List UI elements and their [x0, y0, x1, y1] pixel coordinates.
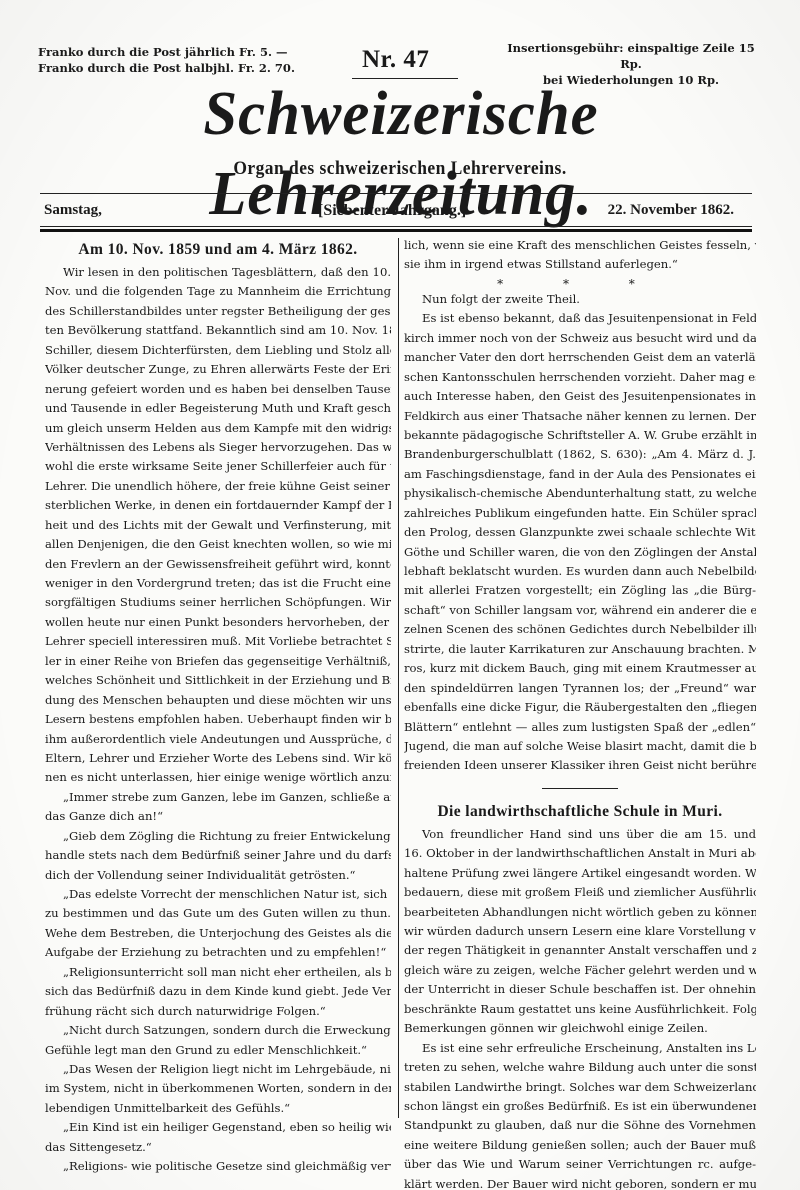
text-line: wir würden dadurch unsern Lesern eine kl… — [404, 922, 756, 941]
text-line: treten zu sehen, welche wahre Bildung au… — [404, 1058, 756, 1077]
article-body-schiller: Wir lesen in den politischen Tagesblätte… — [45, 263, 391, 1177]
text-line: wohl die erste wirksame Seite jener Schi… — [45, 457, 391, 476]
text-line: sie ihm in irgend etwas Stillstand aufer… — [404, 255, 756, 274]
text-line: lebendigen Unmittelbarkeit des Gefühls.“ — [45, 1099, 391, 1118]
text-line: sorgfältigen Studiums seiner herrlichen … — [45, 593, 391, 612]
article-separator-rule — [542, 788, 618, 789]
text-line: ten Bevölkerung stattfand. Bekanntlich s… — [45, 321, 391, 340]
text-line: am Faschingsdienstage, fand in der Aula … — [404, 465, 756, 484]
text-line: sich das Bedürfniß dazu in dem Kinde kun… — [45, 982, 391, 1001]
left-column: Am 10. Nov. 1859 und am 4. März 1862. Wi… — [45, 236, 391, 1177]
dateline-rule-thin — [40, 226, 752, 227]
text-line: auch Interesse haben, den Geist des Jesu… — [404, 387, 756, 406]
text-line: zahlreiches Publikum eingefunden hatte. … — [404, 504, 756, 523]
dateline-date: 22. November 1862. — [608, 202, 734, 219]
text-line: Gefühle legt man den Grund zu edler Mens… — [45, 1041, 391, 1060]
text-line: „Ein Kind ist ein heiliger Gegenstand, e… — [45, 1118, 391, 1137]
text-line: mancher Vater den dort herrschenden Geis… — [404, 348, 756, 367]
text-line: „Das Wesen der Religion liegt nicht im L… — [45, 1060, 391, 1079]
text-line: allen Denjenigen, die den Geist knechten… — [45, 535, 391, 554]
text-line: Blättern“ entlehnt — alles zum lustigste… — [404, 718, 756, 737]
text-line: bearbeiteten Abhandlungen nicht wörtlich… — [404, 903, 756, 922]
right-column: lich, wenn sie eine Kraft des menschlich… — [404, 236, 756, 1190]
text-line: das Ganze dich an!“ — [45, 807, 391, 826]
text-line: „Gieb dem Zögling die Richtung zu freier… — [45, 827, 391, 846]
text-line: „Nicht durch Satzungen, sondern durch di… — [45, 1021, 391, 1040]
text-line: 16. Oktober in der landwirthschaftlichen… — [404, 844, 756, 863]
text-line: freienden Ideen unserer Klassiker ihren … — [404, 756, 756, 775]
text-line: im System, nicht in überkommenen Worten,… — [45, 1079, 391, 1098]
text-line: Bemerkungen gönnen wir gleichwohl einige… — [404, 1019, 756, 1038]
text-line: zu bestimmen und das Gute um des Guten w… — [45, 904, 391, 923]
text-line: sterblichen Werke, in denen ein fortdaue… — [45, 496, 391, 515]
text-line: Wir lesen in den politischen Tagesblätte… — [45, 263, 391, 282]
text-line: heit und des Lichts mit der Gewalt und V… — [45, 516, 391, 535]
dateline-rule-thick — [40, 229, 752, 232]
text-line: Verhältnissen des Lebens als Sieger herv… — [45, 438, 391, 457]
text-line: „Das edelste Vorrecht der menschlichen N… — [45, 885, 391, 904]
text-line: klärt werden. Der Bauer wird nicht gebor… — [404, 1175, 756, 1190]
column-divider — [398, 238, 399, 1118]
text-line: Es ist eine sehr erfreuliche Erscheinung… — [404, 1039, 756, 1058]
text-line: und Tausende in edler Begeisterung Muth … — [45, 399, 391, 418]
text-line: den Prolog, dessen Glanzpunkte zwei scha… — [404, 523, 756, 542]
text-line: Jugend, die man auf solche Weise blasirt… — [404, 737, 756, 756]
text-line: dung des Menschen behaupten und diese mö… — [45, 691, 391, 710]
text-line: über das Wie und Warum seiner Verrichtun… — [404, 1155, 756, 1174]
article-heading-muri: Die landwirthschaftliche Schule in Muri. — [404, 798, 756, 825]
article-body-muri: Von freundlicher Hand sind uns über die … — [404, 825, 756, 1190]
text-line: Schiller, diesem Dichterfürsten, dem Lie… — [45, 341, 391, 360]
text-line: Eltern, Lehrer und Erzieher Worte des Le… — [45, 749, 391, 768]
text-line: den spindeldürren langen Tyrannen los; d… — [404, 679, 756, 698]
subscription-price-info: Franko durch die Post jährlich Fr. 5. — … — [38, 44, 295, 76]
text-line: Brandenburgerschulblatt (1862, S. 630): … — [404, 445, 756, 464]
text-line: Lehrer speciell interessiren muß. Mit Vo… — [45, 632, 391, 651]
text-line: der Unterricht in dieser Schule beschaff… — [404, 980, 756, 999]
text-line: ebenfalls eine dicke Figur, die Räuberge… — [404, 698, 756, 717]
text-line: Wehe dem Bestreben, die Unterjochung des… — [45, 924, 391, 943]
dateline-volume: [Siebenter Jahrgang.] — [318, 202, 466, 220]
text-line: Nov. und die folgenden Tage zu Mannheim … — [45, 282, 391, 301]
article-body-schiller-continued: lich, wenn sie eine Kraft des menschlich… — [404, 236, 756, 275]
text-line: weniger in den Vordergrund treten; das i… — [45, 574, 391, 593]
text-line: des Schillerstandbildes unter regster Be… — [45, 302, 391, 321]
text-line: haltene Prüfung zwei längere Artikel ein… — [404, 864, 756, 883]
text-line: lebhaft beklatscht wurden. Es wurden dan… — [404, 562, 756, 581]
text-line: zelnen Scenen des schönen Gedichtes durc… — [404, 620, 756, 639]
text-line: nen es nicht unterlassen, hier einige we… — [45, 768, 391, 787]
subscription-line-yearly: Franko durch die Post jährlich Fr. 5. — — [38, 44, 295, 60]
text-line: um gleich unserm Helden aus dem Kampfe m… — [45, 419, 391, 438]
text-line: ler in einer Reihe von Briefen das gegen… — [45, 652, 391, 671]
text-line: handle stets nach dem Bedürfniß seiner J… — [45, 846, 391, 865]
text-line: ihm außerordentlich viele Andeutungen un… — [45, 730, 391, 749]
text-line: Nun folgt der zweite Theil. — [404, 290, 756, 309]
section-break-asterisks: * * * — [404, 275, 756, 290]
text-line: ros, kurz mit dickem Bauch, ging mit ein… — [404, 659, 756, 678]
article-heading-schiller: Am 10. Nov. 1859 und am 4. März 1862. — [45, 236, 391, 263]
text-line: Göthe und Schiller waren, die von den Zö… — [404, 543, 756, 562]
advertising-line-single: Insertionsgebühr: einspaltige Zeile 15 R… — [506, 40, 756, 72]
text-line: schen Kantonsschulen herrschenden vorzie… — [404, 368, 756, 387]
text-line: „Religions- wie politische Gesetze sind … — [45, 1157, 391, 1176]
text-line: schaft“ von Schiller langsam vor, währen… — [404, 601, 756, 620]
text-line: wollen heute nur einen Punkt besonders h… — [45, 613, 391, 632]
text-line: der regen Thätigkeit in genannter Anstal… — [404, 941, 756, 960]
text-line: strirte, die lauter Karrikaturen zur Ans… — [404, 640, 756, 659]
text-line: gleich wäre zu zeigen, welche Fächer gel… — [404, 961, 756, 980]
text-line: physikalisch-chemische Abendunterhaltung… — [404, 484, 756, 503]
masthead-rule — [40, 193, 752, 194]
dateline-day: Samstag, — [44, 202, 102, 219]
text-line: bedauern, diese mit großem Fleiß und zie… — [404, 883, 756, 902]
text-line: nerung gefeiert worden und es haben bei … — [45, 380, 391, 399]
text-line: stabilen Landwirthe bringt. Solches war … — [404, 1078, 756, 1097]
text-line: frühung rächt sich durch naturwidrige Fo… — [45, 1002, 391, 1021]
text-line: „Immer strebe zum Ganzen, lebe im Ganzen… — [45, 788, 391, 807]
text-line: welches Schönheit und Sittlichkeit in de… — [45, 671, 391, 690]
newspaper-page: Franko durch die Post jährlich Fr. 5. — … — [0, 0, 800, 1190]
text-line: mit allerlei Fratzen vorgestellt; ein Zö… — [404, 581, 756, 600]
text-line: Es ist ebenso bekannt, daß das Jesuitenp… — [404, 309, 756, 328]
text-line: den Frevlern an der Gewissensfreiheit ge… — [45, 555, 391, 574]
text-line: Lehrer. Die unendlich höhere, der freie … — [45, 477, 391, 496]
text-line: schon längst ein großes Bedürfniß. Es is… — [404, 1097, 756, 1116]
article-body-feldkirch: Nun folgt der zweite Theil.Es ist ebenso… — [404, 290, 756, 776]
text-line: das Sittengesetz.“ — [45, 1138, 391, 1157]
text-line: Völker deutscher Zunge, zu Ehren allerwä… — [45, 360, 391, 379]
text-line: Standpunkt zu glauben, daß nur die Söhne… — [404, 1116, 756, 1135]
text-line: „Religionsunterricht soll man nicht eher… — [45, 963, 391, 982]
text-line: eine weitere Bildung genießen sollen; au… — [404, 1136, 756, 1155]
text-line: Lesern bestens empfohlen haben. Ueberhau… — [45, 710, 391, 729]
text-line: lich, wenn sie eine Kraft des menschlich… — [404, 236, 756, 255]
text-line: beschränkte Raum gestattet uns keine Aus… — [404, 1000, 756, 1019]
text-line: Aufgabe der Erziehung zu betrachten und … — [45, 943, 391, 962]
issue-number: Nr. 47 — [362, 46, 429, 74]
text-line: dich der Vollendung seiner Individualitä… — [45, 866, 391, 885]
text-line: kirch immer noch von der Schweiz aus bes… — [404, 329, 756, 348]
text-line: Feldkirch aus einer Thatsache näher kenn… — [404, 407, 756, 426]
text-line: bekannte pädagogische Schriftsteller A. … — [404, 426, 756, 445]
newspaper-subtitle: Organ des schweizerischen Lehrervereins. — [32, 158, 768, 180]
text-line: Von freundlicher Hand sind uns über die … — [404, 825, 756, 844]
